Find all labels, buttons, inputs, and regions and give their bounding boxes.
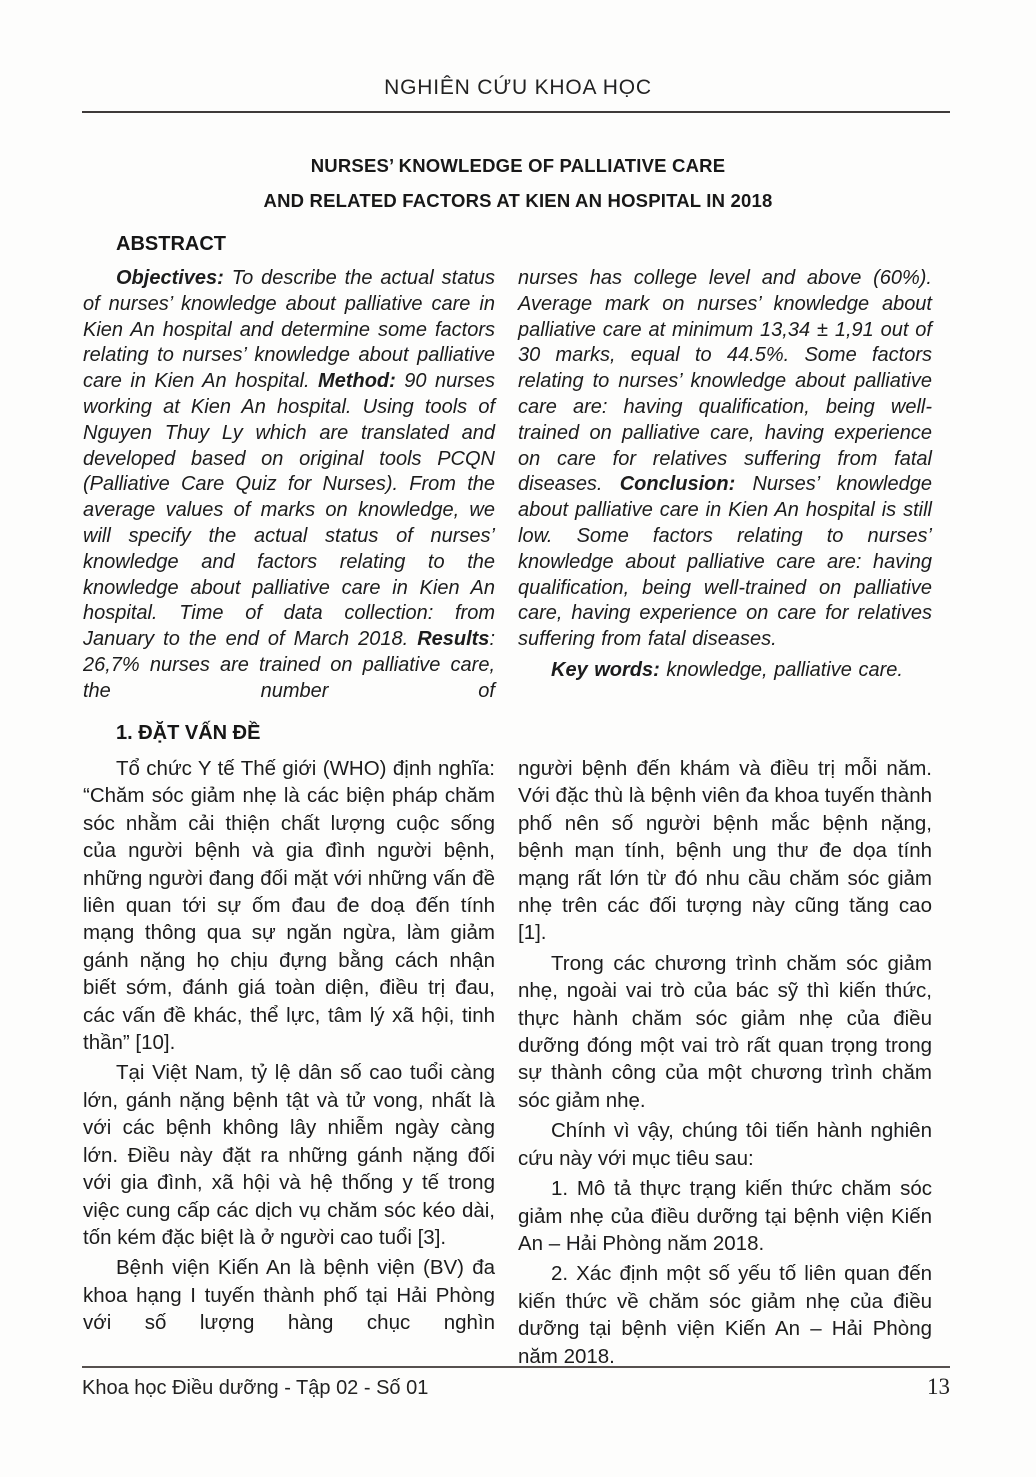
page-number: 13 (927, 1374, 950, 1400)
article-title: NURSES’ KNOWLEDGE OF PALLIATIVE CARE AND… (0, 148, 1036, 218)
paper-page: NGHIÊN CỨU KHOA HỌC NURSES’ KNOWLEDGE OF… (0, 0, 1036, 1477)
article-title-line1: NURSES’ KNOWLEDGE OF PALLIATIVE CARE (0, 148, 1036, 183)
intro-paragraph-3: Bệnh viện Kiến An là bệnh viện (BV) đa k… (83, 1254, 495, 1336)
intro-paragraph-2: Tại Việt Nam, tỷ lệ dân số cao tuổi càng… (83, 1059, 495, 1251)
intro-objective-1: 1. Mô tả thực trạng kiến thức chăm sóc g… (518, 1175, 932, 1257)
section-1-heading: 1. ĐẶT VẤN ĐỀ (83, 719, 495, 747)
article-title-line2: AND RELATED FACTORS AT KIEN AN HOSPITAL … (0, 183, 1036, 218)
abstract-section: ABSTRACT Objectives: To describe the act… (83, 230, 932, 705)
abstract-paragraph-left: Objectives: To describe the actual statu… (83, 266, 495, 705)
abstract-right-column: nurses has college level and above (60%)… (518, 230, 932, 705)
abstract-heading: ABSTRACT (83, 230, 495, 258)
header-divider (82, 111, 950, 113)
keywords-paragraph: Key words: knowledge, palliative care. (518, 658, 932, 684)
abstract-paragraph-right: nurses has college level and above (60%)… (518, 266, 932, 653)
introduction-section: 1. ĐẶT VẤN ĐỀ Tổ chức Y tế Thế giới (WHO… (83, 719, 932, 1373)
introduction-right-column: người bệnh đến khám và điều trị mỗi năm.… (518, 719, 932, 1373)
page-footer: Khoa học Điều dưỡng - Tập 02 - Số 01 13 (82, 1374, 950, 1400)
intro-paragraph-4: người bệnh đến khám và điều trị mỗi năm.… (518, 755, 932, 947)
abstract-left-column: ABSTRACT Objectives: To describe the act… (83, 230, 495, 705)
introduction-left-column: 1. ĐẶT VẤN ĐỀ Tổ chức Y tế Thế giới (WHO… (83, 719, 495, 1373)
footer-journal-info: Khoa học Điều dưỡng - Tập 02 - Số 01 (82, 1377, 428, 1400)
intro-objective-2: 2. Xác định một số yếu tố liên quan đến … (518, 1260, 932, 1370)
footer-divider (82, 1366, 950, 1368)
intro-paragraph-6: Chính vì vậy, chúng tôi tiến hành nghiên… (518, 1117, 932, 1172)
intro-paragraph-5: Trong các chương trình chăm sóc giảm nhẹ… (518, 950, 932, 1114)
journal-header: NGHIÊN CỨU KHOA HỌC (0, 76, 1036, 100)
intro-paragraph-1: Tổ chức Y tế Thế giới (WHO) định nghĩa: … (83, 755, 495, 1056)
